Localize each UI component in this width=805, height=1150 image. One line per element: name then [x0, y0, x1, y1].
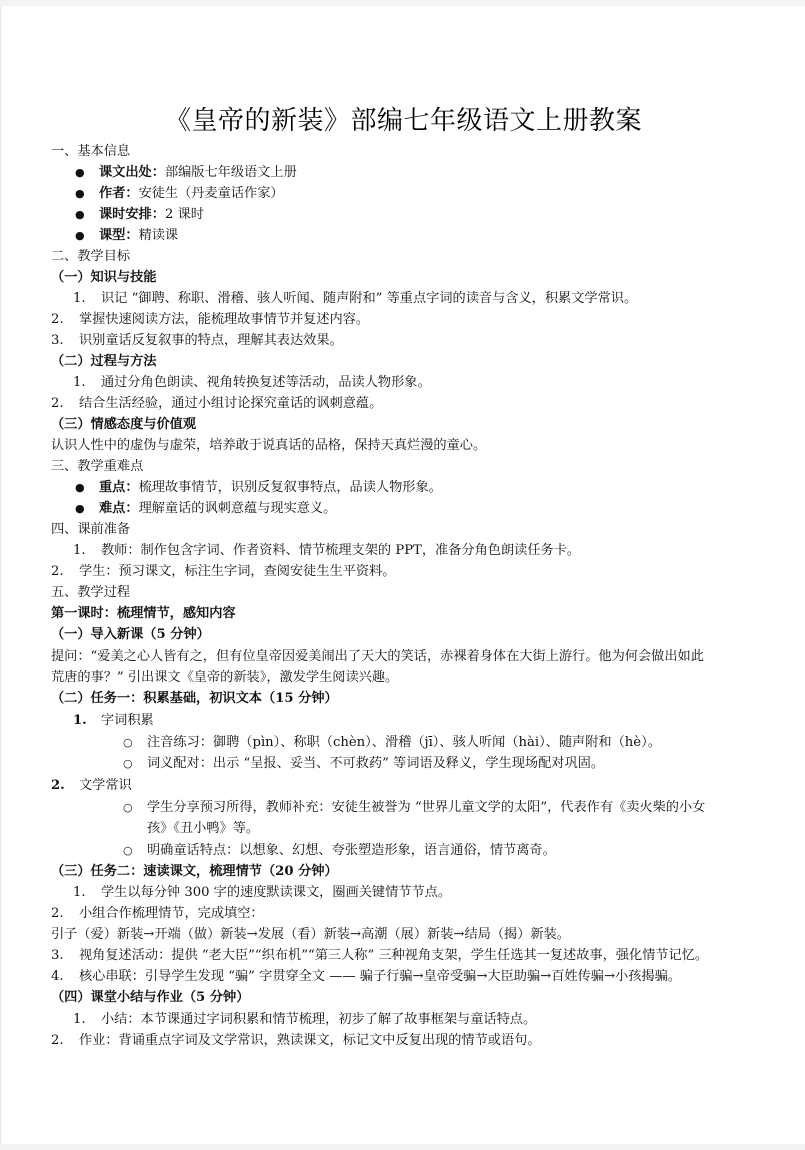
bullet-icon: ● — [75, 205, 99, 225]
list-item: ●课文出处：部编版七年级语文上册 — [75, 163, 297, 183]
subsection-heading: （三）任务二：速读课文，梳理情节（20 分钟） — [51, 862, 338, 882]
paragraph-line: 提问：“爱美之心人皆有之，但有位皇帝因爱美闹出了天大的笑话，赤裸着身体在大街上游… — [51, 647, 704, 667]
list-item: 2.小组合作梳理情节，完成填空： — [51, 904, 264, 924]
list-item: 1.教师：制作包含字词、作者资料、情节梳理支架的 PPT，准备分角色朗读任务卡。 — [73, 541, 580, 561]
list-item: 4.核心串联：引导学生发现 “骗” 字贯穿全文 —— 骗子行骗→皇帝受骗→大臣助… — [51, 967, 681, 987]
sub-list-item-continuation: 孩》《丑小鸭》等。 — [147, 819, 259, 839]
circle-bullet-icon: ○ — [123, 733, 147, 753]
list-item: ●难点：理解童话的讽刺意蕴与现实意义。 — [75, 499, 336, 519]
list-item: 2.作业：背诵重点字词及文学常识，熟读课文，标记文中反复出现的情节或语句。 — [51, 1031, 541, 1051]
list-item: 1.小结：本节课通过字词积累和情节梳理，初步了解了故事框架与童话特点。 — [73, 1010, 536, 1030]
bullet-icon: ● — [75, 478, 99, 498]
list-item: ●课型：精读课 — [75, 226, 178, 246]
section-heading-key-points: 三、教学重难点 — [51, 457, 143, 477]
section-heading-teaching-goals: 二、教学目标 — [51, 247, 130, 267]
list-item-heading: 2.文学常识 — [51, 776, 132, 796]
subsection-heading: （一）知识与技能 — [51, 268, 157, 288]
subsection-heading: （二）过程与方法 — [51, 352, 157, 372]
circle-bullet-icon: ○ — [123, 841, 147, 861]
document-title: 《皇帝的新装》部编七年级语文上册教案 — [1, 100, 805, 137]
bullet-icon: ● — [75, 184, 99, 204]
bullet-icon: ● — [75, 499, 99, 519]
subsection-heading: （三）情感态度与价值观 — [51, 415, 196, 435]
plot-sequence: 引子（爱）新装→开端（做）新装→发展（看）新装→高潮（展）新装→结局（揭）新装。 — [51, 925, 570, 945]
list-item: ●作者：安徒生（丹麦童话作家） — [75, 184, 284, 204]
list-item: ●重点：梳理故事情节，识别反复叙事特点，品读人物形象。 — [75, 478, 442, 498]
list-item: 3.视角复述活动：提供 “老大臣”“织布机”“第三人称” 三种视角支架，学生任选… — [51, 946, 708, 966]
paragraph: 认识人性中的虚伪与虚荣，培养敢于说真话的品格，保持天真烂漫的童心。 — [51, 436, 486, 456]
circle-bullet-icon: ○ — [123, 754, 147, 774]
sub-list-item: ○词义配对：出示 “呈报、妥当、不可救药” 等词语及释义，学生现场配对巩固。 — [123, 754, 604, 774]
list-item: 3.识别童话反复叙事的特点，理解其表达效果。 — [51, 331, 343, 351]
list-item: ●课时安排：2 课时 — [75, 205, 204, 225]
list-item: 2.掌握快速阅读方法，能梳理故事情节并复述内容。 — [51, 310, 369, 330]
subsection-heading: （一）导入新课（5 分钟） — [51, 625, 210, 645]
bullet-icon: ● — [75, 226, 99, 246]
list-item: 2.学生：预习课文，标注生字词，查阅安徒生生平资料。 — [51, 562, 396, 582]
paragraph-line: 荒唐的事？” 引出课文《皇帝的新装》，激发学生阅读兴趣。 — [51, 668, 398, 688]
subsection-heading: （二）任务一：积累基础，初识文本（15 分钟） — [51, 689, 338, 709]
subsection-heading: （四）课堂小结与作业（5 分钟） — [51, 988, 249, 1008]
bullet-icon: ● — [75, 163, 99, 183]
list-item: 1.学生以每分钟 300 字的速度默读课文，圈画关键情节节点。 — [73, 883, 451, 903]
list-item: 1.识记 “御聘、称职、滑稽、骇人听闻、随声附和” 等重点字词的读音与含义，积累… — [73, 289, 637, 309]
sub-list-item: ○学生分享预习所得，教师补充：安徒生被誉为 “世界儿童文学的太阳”，代表作有《卖… — [123, 798, 705, 818]
list-item: 1.通过分角色朗读、视角转换复述等活动，品读人物形象。 — [73, 373, 431, 393]
section-heading-process: 五、教学过程 — [51, 583, 130, 603]
document-page: 《皇帝的新装》部编七年级语文上册教案 一、基本信息 ●课文出处：部编版七年级语文… — [0, 6, 805, 1144]
section-heading-preparation: 四、课前准备 — [51, 520, 130, 540]
lesson-heading: 第一课时：梳理情节，感知内容 — [51, 604, 236, 624]
sub-list-item: ○注音练习：御聘（pìn）、称职（chèn）、滑稽（jī）、骇人听闻（hài）、… — [123, 733, 661, 753]
list-item: 2.结合生活经验，通过小组讨论探究童话的讽刺意蕴。 — [51, 394, 382, 414]
list-item-heading: 1.字词积累 — [73, 711, 154, 731]
circle-bullet-icon: ○ — [123, 798, 147, 818]
section-heading-basic-info: 一、基本信息 — [51, 142, 130, 162]
sub-list-item: ○明确童话特点：以想象、幻想、夸张塑造形象，语言通俗，情节离奇。 — [123, 841, 556, 861]
